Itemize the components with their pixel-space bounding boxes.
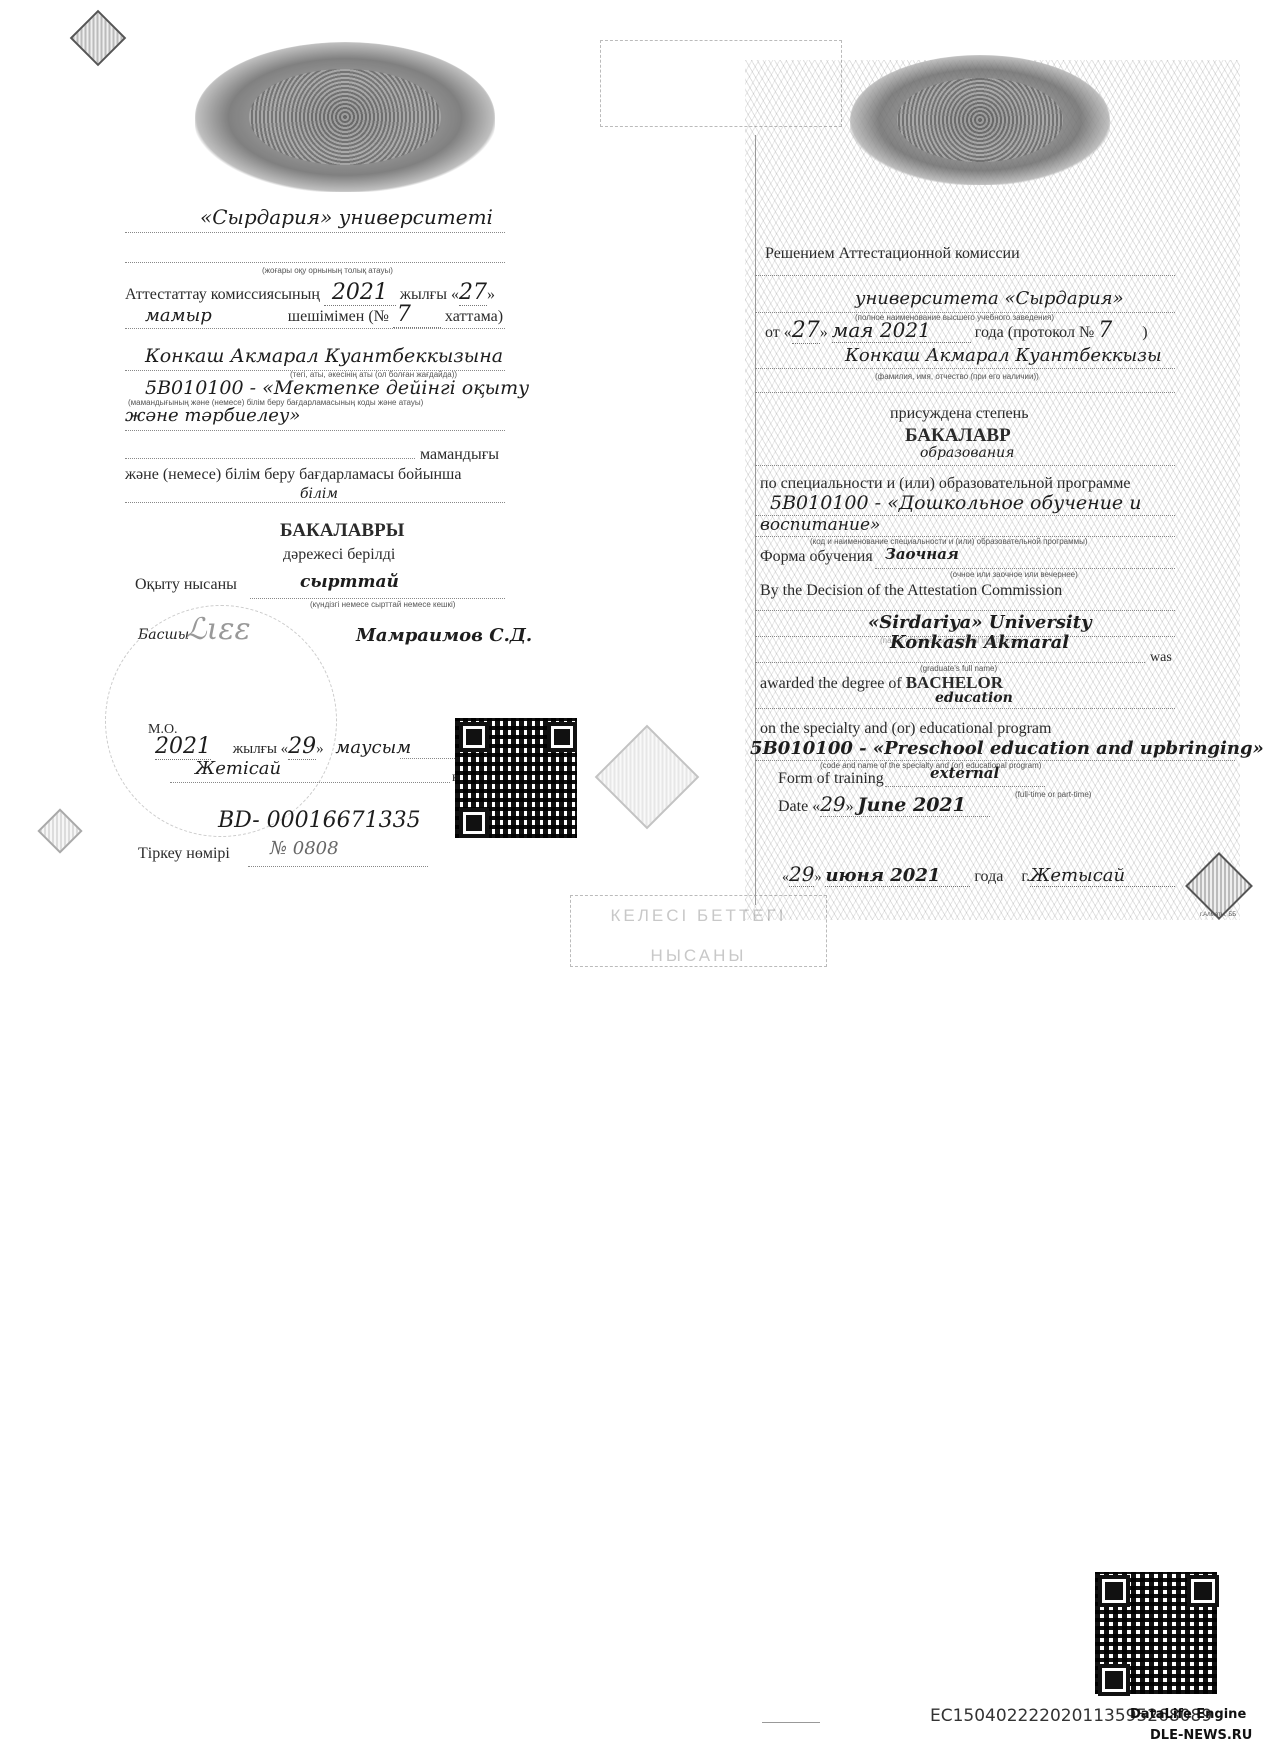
corner-ornament-icon — [70, 10, 127, 67]
center-ornament-icon — [595, 725, 700, 830]
left-program-code-line2: және тәрбиелеу» — [125, 405, 300, 426]
attestation-month: мамыр — [145, 305, 212, 326]
right-study-form-value: Заочная — [885, 545, 959, 563]
right-day-close: » — [820, 324, 828, 341]
study-form-value: сырттай — [300, 572, 399, 592]
en-specialty-label: on the specialty and (or) educational pr… — [760, 720, 1051, 738]
left-program-code: 5В010100 - «Мектепке дейінгі оқыту — [145, 377, 529, 399]
issue-year-suffix: жылғы « — [233, 741, 288, 757]
ru-month-year: июня 2021 — [825, 865, 970, 887]
printer-mark: г.Алматы, ББ — [1200, 912, 1236, 918]
right-year-label: года (протокол № — [975, 324, 1094, 341]
left-field: білім — [300, 486, 338, 502]
en-was: was — [1150, 650, 1172, 666]
right-study-form-label: Форма обучения — [760, 548, 873, 566]
day-close: » — [487, 286, 495, 303]
year-suffix: жылғы « — [400, 286, 459, 303]
left-degree-awarded: дәрежесі берілді — [283, 546, 395, 564]
en-name-hint: (graduate's full name) — [920, 664, 997, 673]
attestation-label: Аттестаттау комиссиясының — [125, 286, 320, 303]
ru-day-close: » — [814, 870, 821, 885]
right-protocol-number: 7 — [1098, 318, 1142, 343]
right-day: 27 — [792, 318, 820, 344]
top-medallion-ornament-icon — [195, 42, 495, 192]
en-field: education — [935, 690, 1013, 706]
footer-qr-code[interactable] — [1095, 1572, 1217, 1694]
right-degree: БАКАЛАВР — [905, 425, 1011, 447]
watermark-line2: DLE-NEWS.RU — [1150, 1728, 1252, 1743]
right-university-name: университета «Сырдария» — [855, 288, 1124, 309]
en-form-value: external — [930, 764, 999, 782]
issue-city: Жетісай — [195, 758, 281, 779]
left-graduate-name: Конкаш Акмарал Куантбеккызына — [145, 345, 503, 367]
en-university: «Sirdariya» University — [868, 612, 1092, 633]
specialty-label: мамандығы — [420, 446, 499, 464]
registration-label: Тіркеу нөмірі — [138, 845, 230, 863]
issue-year: 2021 — [155, 734, 211, 760]
right-specialty-label: по специальности и (или) образовательной… — [760, 475, 1131, 493]
left-qr-code[interactable] — [455, 718, 577, 838]
left-university-hint: (жоғары оқу орнының толық атауы) — [262, 266, 393, 275]
en-program: 5В010100 - «Preschool education and upbr… — [750, 738, 1264, 759]
en-name: Konkash Akmaral — [890, 632, 1069, 653]
ru-city-label: г. — [1021, 868, 1030, 885]
right-name-hint: (фамилия, имя, отчество (при его наличии… — [875, 372, 1039, 381]
issue-month: маусым — [335, 737, 411, 758]
protocol-number: 7 — [393, 302, 441, 328]
ru-city: Жетысай — [1030, 865, 1175, 887]
issue-day: 29 — [288, 734, 316, 760]
en-day-close: » — [846, 798, 854, 815]
left-university-name: «Сырдария» университеті — [200, 205, 493, 229]
program-label: және (немесе) білім беру бағдарламасы бо… — [125, 466, 461, 484]
right-decision-label: Решением Аттестационной комиссии — [765, 245, 1020, 263]
right-program-code-line2: воспитание» — [760, 515, 880, 535]
en-date-label: Date « — [778, 798, 820, 815]
en-form-hint: (full-time or part-time) — [1015, 790, 1091, 799]
en-decision: By the Decision of the Attestation Commi… — [760, 582, 1062, 600]
en-month-year: June 2021 — [858, 794, 966, 816]
registration-value: № 0808 — [270, 838, 339, 859]
en-awarded: awarded the degree of — [760, 675, 902, 692]
right-awarded-label: присуждена степень — [890, 405, 1028, 423]
watermark-line1: DataLife Engine — [1130, 1707, 1246, 1722]
left-degree: БАКАЛАВРЫ — [280, 520, 404, 542]
right-field: образования — [920, 445, 1014, 461]
study-form-label: Оқыту нысаны — [135, 576, 237, 594]
right-medallion-ornament-icon — [850, 55, 1110, 185]
seal-circle — [105, 605, 337, 837]
footer-divider — [762, 1722, 820, 1723]
en-day: 29 — [820, 792, 845, 817]
side-ornament-icon — [37, 808, 82, 853]
decision-label: шешімімен (№ — [288, 308, 389, 325]
study-form-hint: (күндізгі немесе сырттай немесе кешкі) — [310, 600, 455, 609]
diploma-series: ВD- 00016671335 — [218, 808, 421, 833]
right-study-form-hint: (очное или заочное или вечернее) — [950, 570, 1078, 579]
en-form-label: Form of training — [778, 770, 884, 788]
protocol-label: хаттама) — [445, 308, 503, 325]
right-protocol-close: ) — [1142, 324, 1147, 341]
ru-year-label: года — [974, 868, 1003, 885]
right-from-label: от « — [765, 324, 792, 341]
right-graduate-name: Конкаш Акмарал Куантбеккызы — [845, 345, 1162, 366]
right-month-year: мая 2021 — [832, 318, 971, 343]
right-program-code: 5В010100 - «Дошкольное обучение и — [770, 492, 1141, 514]
head-name: Мамраимов С.Д. — [356, 625, 532, 646]
issue-day-close: » — [316, 741, 324, 757]
ru-day-open: « — [782, 870, 789, 885]
ru-day: 29 — [789, 862, 814, 887]
